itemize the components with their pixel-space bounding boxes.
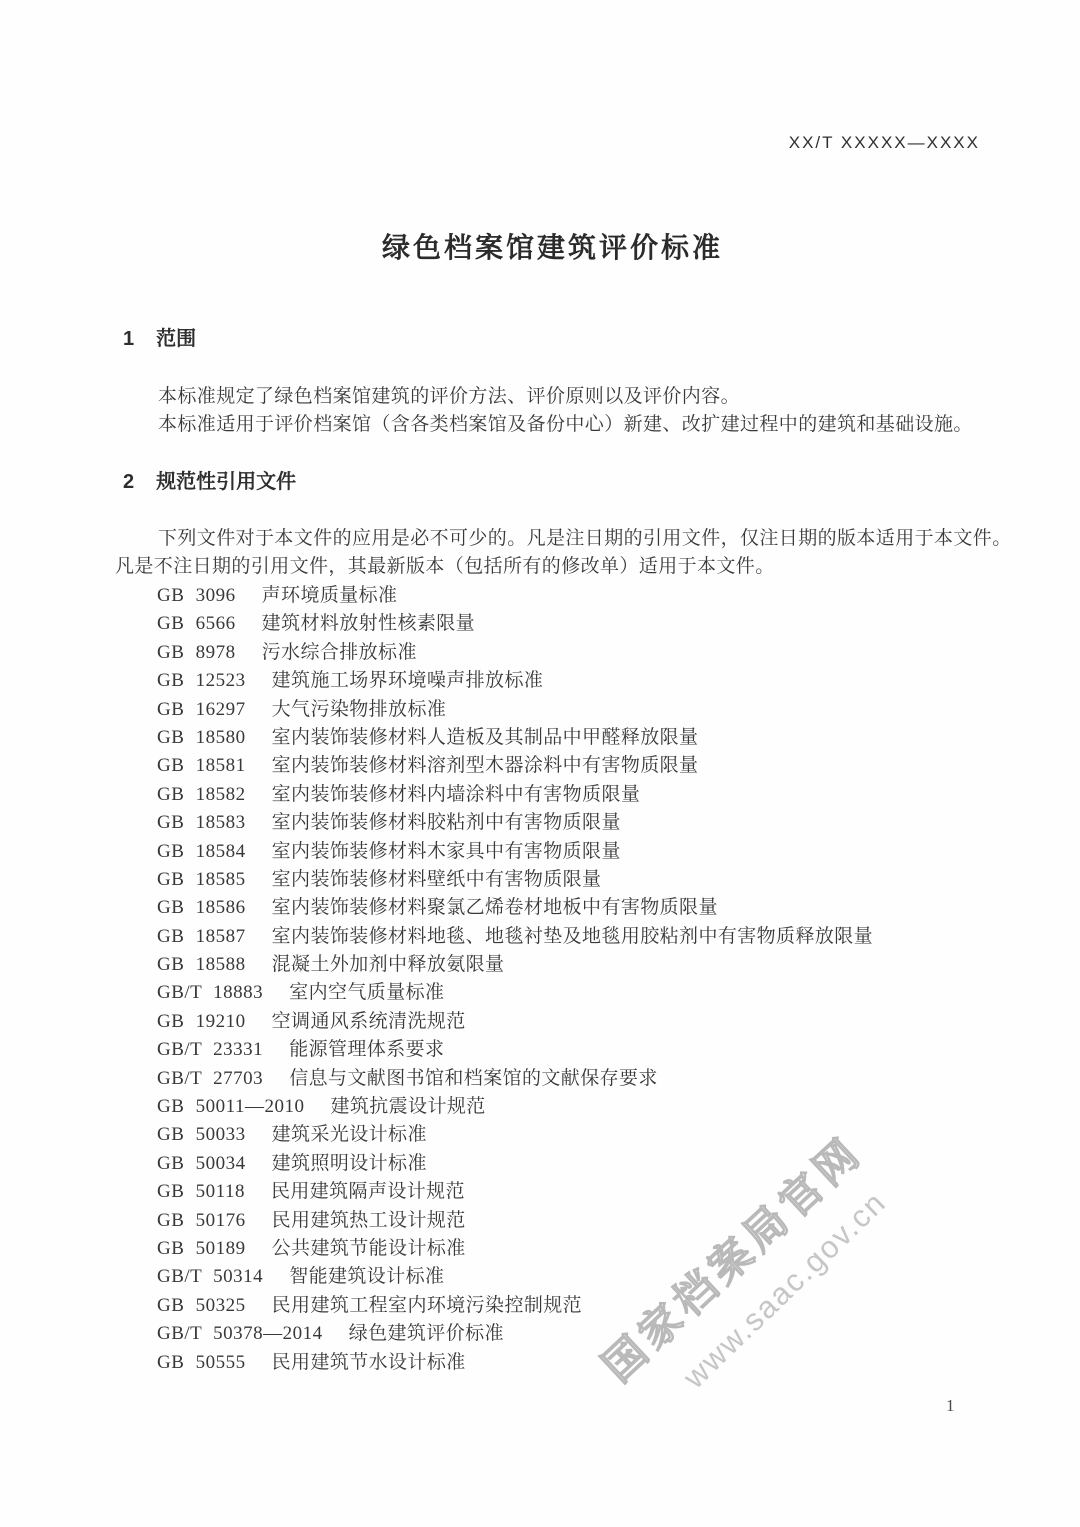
doc-code: XX/T XXXXX—XXXX — [789, 133, 980, 153]
reference-title: 民用建筑工程室内环境污染控制规范 — [272, 1295, 582, 1316]
scope-paragraph-2: 本标准适用于评价档案馆（含各类档案馆及备份中心）新建、改扩建过程中的建筑和基础设… — [115, 411, 1058, 439]
reference-item: GB 6566建筑材料放射性核素限量 — [157, 610, 1057, 638]
reference-code: GB 12523 — [157, 670, 246, 691]
section-references-number: 2 — [123, 471, 134, 493]
reference-item: GB/T 23331能源管理体系要求 — [157, 1036, 1057, 1064]
reference-item: GB/T 27703信息与文献图书馆和档案馆的文献保存要求 — [157, 1065, 1057, 1093]
reference-code: GB/T 18883 — [157, 982, 263, 1003]
reference-code: GB/T 50378—2014 — [157, 1323, 323, 1344]
reference-title: 建筑材料放射性核素限量 — [262, 613, 475, 634]
section-references-label: 规范性引用文件 — [156, 471, 296, 493]
reference-item: GB 18587室内装饰装修材料地毯、地毯衬垫及地毯用胶粘剂中有害物质释放限量 — [157, 923, 1057, 951]
reference-title: 建筑采光设计标准 — [272, 1124, 427, 1145]
reference-item: GB 16297大气污染物排放标准 — [157, 696, 1057, 724]
references-list: GB 3096声环境质量标准 GB 6566建筑材料放射性核素限量 GB 897… — [115, 582, 1057, 1377]
reference-title: 建筑施工场界环境噪声排放标准 — [272, 670, 544, 691]
reference-item: GB 50189公共建筑节能设计标准 — [157, 1235, 1057, 1263]
reference-code: GB 18582 — [157, 784, 246, 805]
reference-code: GB 6566 — [157, 613, 236, 634]
reference-item: GB 18583室内装饰装修材料胶粘剂中有害物质限量 — [157, 809, 1057, 837]
reference-title: 建筑照明设计标准 — [272, 1153, 427, 1174]
reference-item: GB/T 50378—2014绿色建筑评价标准 — [157, 1320, 1057, 1348]
reference-code: GB 8978 — [157, 642, 236, 663]
reference-title: 民用建筑热工设计规范 — [272, 1210, 466, 1231]
reference-title: 声环境质量标准 — [262, 585, 398, 606]
reference-code: GB 16297 — [157, 699, 246, 720]
reference-item: GB 18584室内装饰装修材料木家具中有害物质限量 — [157, 838, 1057, 866]
reference-title: 民用建筑节水设计标准 — [272, 1352, 466, 1373]
reference-item: GB 50176民用建筑热工设计规范 — [157, 1207, 1057, 1235]
reference-title: 能源管理体系要求 — [289, 1039, 444, 1060]
reference-item: GB 8978污水综合排放标准 — [157, 639, 1057, 667]
reference-item: GB 3096声环境质量标准 — [157, 582, 1057, 610]
reference-code: GB/T 23331 — [157, 1039, 263, 1060]
reference-title: 室内装饰装修材料聚氯乙烯卷材地板中有害物质限量 — [272, 897, 718, 918]
references-intro-line-1: 下列文件对于本文件的应用是必不可少的。凡是注日期的引用文件，仅注日期的版本适用于… — [115, 525, 1058, 553]
reference-title: 信息与文献图书馆和档案馆的文献保存要求 — [289, 1068, 658, 1089]
reference-item: GB 50033建筑采光设计标准 — [157, 1121, 1057, 1149]
reference-item: GB/T 18883室内空气质量标准 — [157, 979, 1057, 1007]
reference-code: GB 50034 — [157, 1153, 246, 1174]
reference-code: GB 18588 — [157, 954, 246, 975]
references-intro-line-2: 凡是不注日期的引用文件，其最新版本（包括所有的修改单）适用于本文件。 — [115, 553, 1015, 581]
reference-title: 室内装饰装修材料人造板及其制品中甲醛释放限量 — [272, 727, 699, 748]
reference-title: 室内装饰装修材料地毯、地毯衬垫及地毯用胶粘剂中有害物质释放限量 — [272, 926, 873, 947]
reference-title: 大气污染物排放标准 — [272, 699, 447, 720]
section-references-heading: 2规范性引用文件 — [115, 465, 998, 494]
reference-title: 室内装饰装修材料木家具中有害物质限量 — [272, 841, 621, 862]
reference-code: GB 50189 — [157, 1238, 246, 1259]
reference-code: GB 50176 — [157, 1210, 246, 1231]
reference-code: GB 18580 — [157, 727, 246, 748]
reference-title: 空调通风系统清洗规范 — [272, 1011, 466, 1032]
document-title: 绿色档案馆建筑评价标准 — [115, 226, 990, 266]
reference-title: 室内装饰装修材料壁纸中有害物质限量 — [272, 869, 602, 890]
reference-title: 污水综合排放标准 — [262, 642, 417, 663]
reference-code: GB 18586 — [157, 897, 246, 918]
reference-item: GB 18585室内装饰装修材料壁纸中有害物质限量 — [157, 866, 1057, 894]
reference-title: 室内空气质量标准 — [289, 982, 444, 1003]
reference-item: GB/T 50314智能建筑设计标准 — [157, 1263, 1057, 1291]
scope-paragraph-1: 本标准规定了绿色档案馆建筑的评价方法、评价原则以及评价内容。 — [115, 383, 1058, 411]
reference-item: GB 50325民用建筑工程室内环境污染控制规范 — [157, 1292, 1057, 1320]
reference-code: GB 18587 — [157, 926, 246, 947]
document-page: XX/T XXXXX—XXXX 绿色档案馆建筑评价标准 1范围 本标准规定了绿色… — [0, 0, 1080, 1527]
reference-title: 绿色建筑评价标准 — [349, 1323, 504, 1344]
reference-title: 建筑抗震设计规范 — [330, 1096, 485, 1117]
reference-title: 室内装饰装修材料内墙涂料中有害物质限量 — [272, 784, 641, 805]
reference-code: GB 19210 — [157, 1011, 246, 1032]
reference-item: GB 18581室内装饰装修材料溶剂型木器涂料中有害物质限量 — [157, 752, 1057, 780]
section-scope-label: 范围 — [156, 328, 196, 350]
reference-code: GB 50325 — [157, 1295, 246, 1316]
reference-title: 智能建筑设计标准 — [289, 1266, 444, 1287]
reference-code: GB 18584 — [157, 841, 246, 862]
reference-code: GB 50033 — [157, 1124, 246, 1145]
reference-code: GB 3096 — [157, 585, 236, 606]
reference-item: GB 18586室内装饰装修材料聚氯乙烯卷材地板中有害物质限量 — [157, 894, 1057, 922]
reference-code: GB 18581 — [157, 755, 246, 776]
reference-title: 公共建筑节能设计标准 — [272, 1238, 466, 1259]
section-scope-number: 1 — [123, 328, 134, 350]
reference-title: 民用建筑隔声设计规范 — [271, 1181, 465, 1202]
reference-title: 室内装饰装修材料溶剂型木器涂料中有害物质限量 — [272, 755, 699, 776]
reference-code: GB/T 50314 — [157, 1266, 263, 1287]
reference-item: GB 50555民用建筑节水设计标准 — [157, 1349, 1057, 1377]
reference-code: GB 18583 — [157, 812, 246, 833]
reference-item: GB 18588混凝土外加剂中释放氨限量 — [157, 951, 1057, 979]
reference-item: GB 18582室内装饰装修材料内墙涂料中有害物质限量 — [157, 781, 1057, 809]
reference-title: 混凝土外加剂中释放氨限量 — [272, 954, 505, 975]
reference-code: GB 50555 — [157, 1352, 246, 1373]
reference-item: GB 50118民用建筑隔声设计规范 — [157, 1178, 1057, 1206]
reference-item: GB 50011—2010建筑抗震设计规范 — [157, 1093, 1057, 1121]
section-scope-heading: 1范围 — [115, 322, 998, 351]
reference-item: GB 12523建筑施工场界环境噪声排放标准 — [157, 667, 1057, 695]
reference-title: 室内装饰装修材料胶粘剂中有害物质限量 — [272, 812, 621, 833]
reference-code: GB/T 27703 — [157, 1068, 263, 1089]
reference-item: GB 18580室内装饰装修材料人造板及其制品中甲醛释放限量 — [157, 724, 1057, 752]
reference-code: GB 18585 — [157, 869, 246, 890]
reference-item: GB 19210空调通风系统清洗规范 — [157, 1008, 1057, 1036]
page-number: 1 — [946, 1396, 955, 1416]
reference-code: GB 50118 — [157, 1181, 245, 1202]
reference-code: GB 50011—2010 — [157, 1096, 304, 1117]
reference-item: GB 50034建筑照明设计标准 — [157, 1150, 1057, 1178]
